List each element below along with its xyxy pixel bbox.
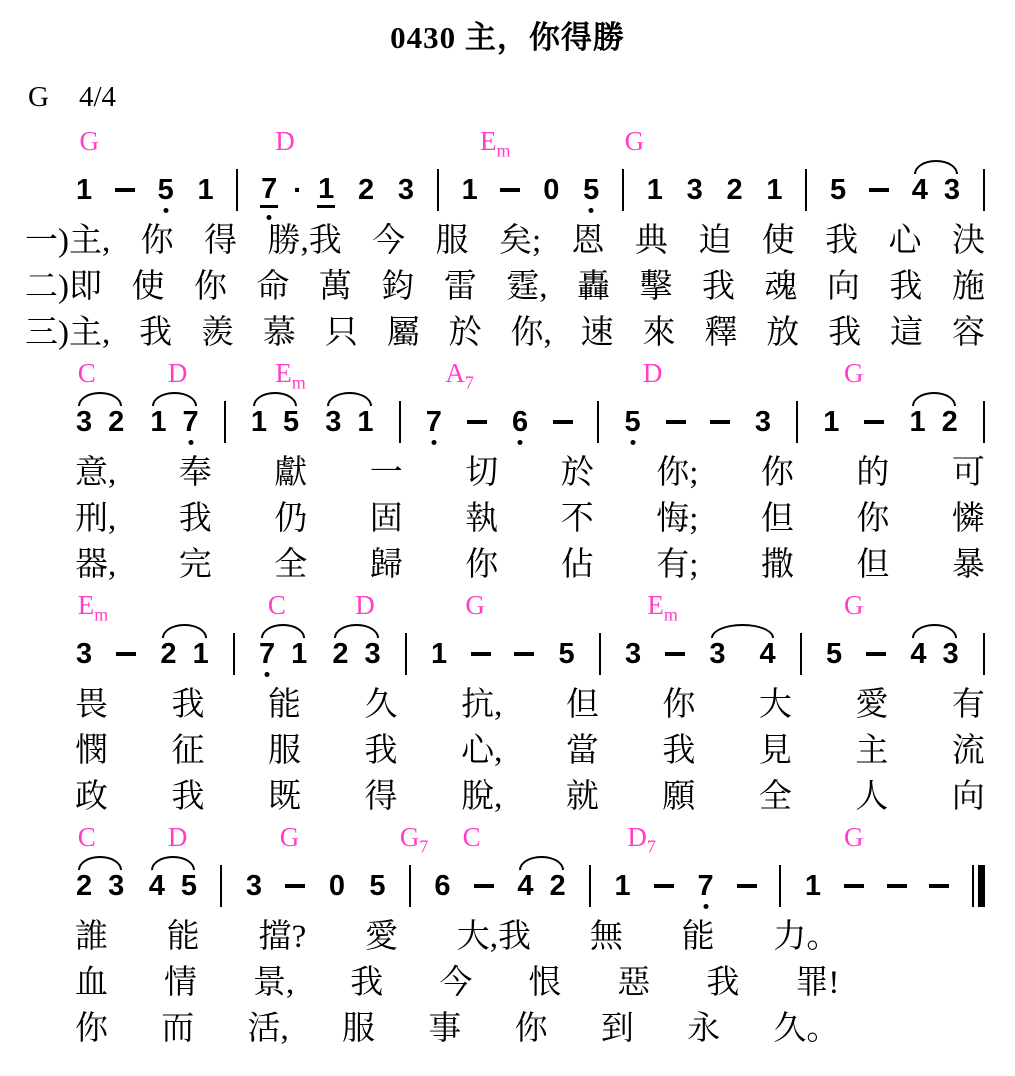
note-digit: 3 — [107, 870, 125, 902]
note-digit: 1 — [317, 173, 335, 208]
lyric-syllable: 你 — [75, 1002, 108, 1049]
barline — [622, 169, 624, 211]
lyric-syllable: 而 — [161, 1002, 194, 1049]
lyric-syllable: 器, — [75, 538, 116, 585]
lyrics-line-1: 畏我能久抗,但你大愛有 — [75, 678, 985, 724]
chord-root: E — [647, 590, 664, 620]
note: 2 — [331, 638, 349, 670]
note-digit: 6 — [511, 406, 529, 438]
lyric-syllable: 但 — [566, 678, 599, 725]
note: 2 — [159, 638, 177, 670]
note-digit: 3 — [754, 406, 772, 438]
lyric-syllable: 我 — [702, 260, 735, 307]
lyric-syllable: 無 — [590, 910, 623, 957]
note: 1 — [822, 406, 840, 438]
note-digit: 3 — [624, 638, 642, 670]
lyric-syllable: 力。 — [773, 910, 839, 957]
note: 1 — [909, 406, 927, 438]
barline — [597, 401, 599, 443]
lyric-syllable: 情 — [164, 956, 197, 1003]
note-digit: 5 — [282, 406, 300, 438]
lyrics-line-2: 二)即使你命萬鈞雷霆,轟擊我魂向我施 — [25, 260, 985, 306]
lyric-syllable: 征 — [172, 724, 205, 771]
dash-note — [116, 652, 136, 656]
lyric-syllable: 你 — [194, 260, 227, 307]
lyric-syllable: 命 — [256, 260, 289, 307]
lyric-syllable: 心 — [889, 214, 922, 261]
chord-label: D — [275, 126, 295, 156]
note-digit: 2 — [75, 870, 93, 902]
note-digit: 5 — [368, 870, 386, 902]
note-digit: 1 — [75, 174, 93, 206]
lyric-syllable: 我 — [889, 260, 922, 307]
note: 3 — [942, 638, 960, 670]
note-digit: 1 — [250, 406, 268, 438]
note: 7 — [258, 638, 276, 670]
note-digit: 7 — [696, 870, 714, 902]
lyrics-line-1: 誰能擋?愛大,我無能力。 — [75, 910, 839, 956]
lyric-syllable: 轟 — [577, 260, 610, 307]
lyric-syllable: 脫, — [461, 770, 502, 817]
lyric-syllable: 歸 — [370, 538, 403, 585]
chord-label: G — [625, 126, 645, 156]
lyric-syllable: 可 — [952, 446, 985, 493]
dash-note — [710, 420, 730, 424]
note: 2 — [107, 406, 125, 438]
lyric-syllable: 刑, — [75, 492, 116, 539]
lyric-syllable: 切 — [465, 446, 498, 493]
lyric-syllable: 政 — [75, 770, 108, 817]
note: 3 — [943, 174, 961, 206]
lyric-syllable: 得 — [365, 770, 398, 817]
slur-group: 71 — [258, 638, 308, 670]
note-digit: 7 — [258, 638, 276, 670]
note: 1 — [250, 406, 268, 438]
lyric-syllable: 三)主, — [25, 306, 110, 353]
note: 1 — [197, 174, 215, 206]
lyric-syllable: 完 — [179, 538, 212, 585]
score-body: GDEmG1517·1231051321543一)主,你得勝,我今服矣;恩典迫使… — [75, 126, 985, 1048]
time-signature: 4/4 — [79, 81, 116, 113]
lyric-syllable: 能 — [167, 910, 200, 957]
lyric-syllable: 使 — [131, 260, 164, 307]
note: 1 — [613, 870, 631, 902]
chord-root: G — [844, 590, 864, 620]
augmentation-dot: · — [293, 174, 302, 206]
note: 1 — [461, 174, 479, 206]
note-digit: 6 — [433, 870, 451, 902]
lyric-syllable: 我 — [172, 770, 205, 817]
note: 2 — [75, 870, 93, 902]
lyric-syllable: 憫 — [75, 724, 108, 771]
lyric-syllable: 只 — [325, 306, 358, 353]
lyric-syllable: 我 — [179, 492, 212, 539]
lyric-syllable: 你, — [510, 306, 551, 353]
lyrics-line-3: 你而活,服事你到永久。 — [75, 1002, 839, 1048]
note-digit: 4 — [911, 174, 929, 206]
lyric-syllable: 大 — [759, 678, 792, 725]
note-digit: 2 — [107, 406, 125, 438]
note-digit: 3 — [364, 638, 382, 670]
lyric-syllable: 你 — [662, 678, 695, 725]
barline — [983, 401, 985, 443]
dash-note — [864, 420, 884, 424]
note: 5 — [368, 870, 386, 902]
lyric-syllable: 你 — [856, 492, 889, 539]
note: 1 — [646, 174, 664, 206]
chord-label: D — [355, 590, 375, 620]
note-digit: 1 — [646, 174, 664, 206]
note-digit: 1 — [613, 870, 631, 902]
lyric-syllable: 典 — [635, 214, 668, 261]
lyric-syllable: 於 — [561, 446, 594, 493]
lyric-syllable: 一 — [370, 446, 403, 493]
lyric-syllable: 暴 — [952, 538, 985, 585]
note: 2 — [941, 406, 959, 438]
chord-label: G — [844, 358, 864, 388]
chord-label: Em — [275, 358, 306, 388]
chord-root: G — [280, 822, 300, 852]
barline — [405, 633, 407, 675]
chord-root: D — [275, 126, 295, 156]
lyric-syllable: 迫 — [698, 214, 731, 261]
note: 7 — [696, 870, 714, 902]
lyric-syllable: 勝,我 — [267, 214, 341, 261]
chord-root: C — [463, 822, 481, 852]
note: 2 — [548, 870, 566, 902]
chord-label: C — [78, 822, 96, 852]
chord-row: CDEmA7DG — [75, 358, 985, 388]
lyric-syllable: 恩 — [572, 214, 605, 261]
lyric-syllable: 魂 — [764, 260, 797, 307]
system-3: EmCDGEmG321712315334543畏我能久抗,但你大愛有憫征服我心,… — [75, 590, 985, 816]
slur-group: 17 — [149, 406, 199, 438]
chord-root: E — [480, 126, 497, 156]
header: 0430 主，你得勝 — [0, 0, 1015, 57]
barline — [983, 169, 985, 211]
final-barline-thin — [972, 865, 974, 907]
lyric-syllable: 意, — [75, 446, 116, 493]
notation-line: 321712315334543 — [75, 620, 985, 678]
key-letter: G — [28, 81, 49, 113]
system-2: CDEmA7DG321715317653112意,奉獻一切於你;你的可刑,我仍固… — [75, 358, 985, 584]
lyric-syllable: 心, — [461, 724, 502, 771]
note: 0 — [328, 870, 346, 902]
lyric-syllable: 霆, — [506, 260, 547, 307]
chord-label: G7 — [400, 822, 429, 852]
note: 5 — [623, 406, 641, 438]
note-digit: 1 — [461, 174, 479, 206]
note-digit: 5 — [157, 174, 175, 206]
lyric-syllable: 佔 — [561, 538, 594, 585]
lyric-syllable: 你; — [656, 446, 698, 493]
note-digit: 3 — [708, 638, 726, 670]
slur-group: 34 — [708, 638, 776, 670]
note: 5 — [558, 638, 576, 670]
note-digit: 2 — [726, 174, 744, 206]
lyric-syllable: 憐 — [952, 492, 985, 539]
lyric-syllable: 放 — [766, 306, 799, 353]
lyric-syllable: 景, — [253, 956, 294, 1003]
chord-label: G — [465, 590, 485, 620]
barline — [224, 401, 226, 443]
lyric-syllable: 獻 — [274, 446, 307, 493]
chord-subscript: 7 — [647, 836, 656, 856]
chord-root: D — [168, 822, 188, 852]
note-digit: 7 — [425, 406, 443, 438]
chord-subscript: m — [292, 372, 306, 392]
lyric-syllable: 向 — [827, 260, 860, 307]
chord-root: D — [168, 358, 188, 388]
chord-label: Em — [480, 126, 511, 156]
note: 4 — [759, 638, 777, 670]
lyric-syllable: 我 — [706, 956, 739, 1003]
note-digit: 5 — [180, 870, 198, 902]
lyric-syllable: 就 — [566, 770, 599, 817]
chord-label: D — [168, 822, 188, 852]
lyrics-line-3: 器,完全歸你佔有;撒但暴 — [75, 538, 985, 584]
lyrics-line-2: 刑,我仍固執不悔;但你憐 — [75, 492, 985, 538]
note: 3 — [75, 406, 93, 438]
chord-label: C — [268, 590, 286, 620]
dash-note — [474, 884, 494, 888]
lyric-syllable: 主 — [855, 724, 888, 771]
dash-note — [929, 884, 949, 888]
note-digit: 3 — [75, 406, 93, 438]
note: 5 — [825, 638, 843, 670]
note-digit: 1 — [822, 406, 840, 438]
dash-note — [737, 884, 757, 888]
lyric-syllable: 不 — [561, 492, 594, 539]
note: 1 — [192, 638, 210, 670]
lyric-syllable: 有 — [952, 678, 985, 725]
note: 1 — [804, 870, 822, 902]
note-digit: 7 — [182, 406, 200, 438]
lyric-syllable: 容 — [952, 306, 985, 353]
note-digit: 3 — [943, 174, 961, 206]
lyric-syllable: 人 — [855, 770, 888, 817]
lyric-syllable: 但 — [761, 492, 794, 539]
chord-root: E — [78, 590, 95, 620]
note-digit: 0 — [328, 870, 346, 902]
lyric-syllable: 矣; — [499, 214, 541, 261]
note: 2 — [726, 174, 744, 206]
note: 3 — [107, 870, 125, 902]
note: 7 — [182, 406, 200, 438]
slur-group: 45 — [148, 870, 198, 902]
lyric-syllable: 服 — [268, 724, 301, 771]
slur-group: 15 — [250, 406, 300, 438]
lyric-syllable: 撒 — [761, 538, 794, 585]
dash-note — [467, 420, 487, 424]
note-digit: 1 — [197, 174, 215, 206]
lyrics-line-3: 政我既得脫,就願全人向 — [75, 770, 985, 816]
chord-label: D7 — [627, 822, 656, 852]
note: 5 — [282, 406, 300, 438]
dash-note — [866, 652, 886, 656]
barline — [589, 865, 591, 907]
note-digit: 5 — [825, 638, 843, 670]
chord-label: D — [168, 358, 188, 388]
dash-note — [115, 188, 135, 192]
lyric-syllable: 釋 — [704, 306, 737, 353]
note-digit: 1 — [804, 870, 822, 902]
lyric-syllable: 今 — [439, 956, 472, 1003]
lyric-syllable: 既 — [268, 770, 301, 817]
sheet-music-page: { "page": { "background_color": "#ffffff… — [0, 0, 1015, 1076]
chord-root: G — [844, 822, 864, 852]
lyric-syllable: 你 — [761, 446, 794, 493]
note-digit: 4 — [148, 870, 166, 902]
lyric-syllable: 我 — [662, 724, 695, 771]
chord-row: GDEmG — [75, 126, 985, 156]
lyric-syllable: 全 — [759, 770, 792, 817]
lyric-syllable: 但 — [856, 538, 889, 585]
note: 1 — [317, 173, 335, 208]
note-digit: 3 — [942, 638, 960, 670]
chord-root: D — [355, 590, 375, 620]
note-digit: 5 — [623, 406, 641, 438]
note: 5 — [157, 174, 175, 206]
lyric-syllable: 仍 — [274, 492, 307, 539]
lyric-syllable: 奉 — [179, 446, 212, 493]
lyric-syllable: 事 — [428, 1002, 461, 1049]
note: 1 — [430, 638, 448, 670]
note-digit: 1 — [765, 174, 783, 206]
barline — [399, 401, 401, 443]
chord-root: G — [844, 358, 864, 388]
lyric-syllable: 得 — [204, 214, 237, 261]
lyric-syllable: 二)即 — [25, 260, 102, 307]
final-barline-thick — [978, 865, 985, 907]
note-digit: 5 — [558, 638, 576, 670]
barline — [409, 865, 411, 907]
chord-label: G — [280, 822, 300, 852]
barline — [599, 633, 601, 675]
note: 3 — [754, 406, 772, 438]
note-digit: 4 — [759, 638, 777, 670]
lyric-syllable: 久 — [365, 678, 398, 725]
lyric-syllable: 流 — [952, 724, 985, 771]
chord-label: G — [844, 590, 864, 620]
note: 6 — [511, 406, 529, 438]
lyric-syllable: 我 — [172, 678, 205, 725]
note: 3 — [324, 406, 342, 438]
lyric-syllable: 我 — [828, 306, 861, 353]
system-1: GDEmG1517·1231051321543一)主,你得勝,我今服矣;恩典迫使… — [75, 126, 985, 352]
barline — [236, 169, 238, 211]
barline — [220, 865, 222, 907]
note: 7 — [425, 406, 443, 438]
chord-root: D — [627, 822, 647, 852]
lyric-syllable: 誰 — [75, 910, 108, 957]
lyrics-line-2: 憫征服我心,當我見主流 — [75, 724, 985, 770]
note: 0 — [542, 174, 560, 206]
dash-note — [666, 420, 686, 424]
dash-note — [471, 652, 491, 656]
note: 1 — [149, 406, 167, 438]
note-digit: 3 — [245, 870, 263, 902]
barline — [800, 633, 802, 675]
lyric-syllable: 萬 — [319, 260, 352, 307]
chord-root: G — [625, 126, 645, 156]
lyric-syllable: 施 — [952, 260, 985, 307]
lyrics-line-3: 三)主,我羨慕只屬於你,速來釋放我這容 — [25, 306, 985, 352]
slur-group: 23 — [75, 870, 125, 902]
lyric-syllable: 慕 — [263, 306, 296, 353]
note: 2 — [357, 174, 375, 206]
chord-row: EmCDGEmG — [75, 590, 985, 620]
lyric-syllable: 執 — [465, 492, 498, 539]
barline — [779, 865, 781, 907]
note: 1 — [290, 638, 308, 670]
note-digit: 3 — [75, 638, 93, 670]
note-digit: 3 — [324, 406, 342, 438]
lyric-syllable: 你 — [515, 1002, 548, 1049]
song-title: 0430 主，你得勝 — [0, 12, 1015, 57]
note: 3 — [397, 174, 415, 206]
chord-label: A7 — [445, 358, 474, 388]
note: 6 — [433, 870, 451, 902]
note-digit: 1 — [909, 406, 927, 438]
slur-group: 31 — [324, 406, 374, 438]
lyric-syllable: 永 — [687, 1002, 720, 1049]
slur-group: 42 — [516, 870, 566, 902]
lyric-syllable: 我 — [139, 306, 172, 353]
final-barline — [972, 865, 985, 907]
dash-note — [887, 884, 907, 888]
lyric-syllable: 這 — [890, 306, 923, 353]
slur-group: 23 — [331, 638, 381, 670]
lyric-syllable: 大,我 — [457, 910, 531, 957]
key-signature: G4/4 — [28, 81, 1015, 114]
lyric-syllable: 我 — [350, 956, 383, 1003]
dash-note — [500, 188, 520, 192]
note: 7 — [260, 173, 278, 208]
lyric-syllable: 你 — [141, 214, 174, 261]
chord-label: Em — [78, 590, 109, 620]
note: 4 — [911, 174, 929, 206]
lyric-syllable: 於 — [449, 306, 482, 353]
lyric-syllable: 能 — [268, 678, 301, 725]
note-digit: 1 — [430, 638, 448, 670]
chord-subscript: m — [664, 604, 678, 624]
note: 5 — [582, 174, 600, 206]
note-digit: 3 — [397, 174, 415, 206]
note: 3 — [708, 638, 726, 670]
note-digit: 3 — [686, 174, 704, 206]
system-4: CDGG7CD7G2345305642171誰能擋?愛大,我無能力。血情景,我今… — [75, 822, 985, 1048]
lyric-syllable: 全 — [274, 538, 307, 585]
lyric-syllable: 屬 — [387, 306, 420, 353]
dash-note — [654, 884, 674, 888]
lyric-syllable: 惡 — [617, 956, 650, 1003]
lyric-syllable: 鈞 — [381, 260, 414, 307]
lyric-syllable: 愛 — [365, 910, 398, 957]
lyric-syllable: 擊 — [639, 260, 672, 307]
lyric-syllable: 雷 — [444, 260, 477, 307]
slur-group: 12 — [909, 406, 959, 438]
note: 4 — [148, 870, 166, 902]
lyric-syllable: 服 — [436, 214, 469, 261]
barline — [796, 401, 798, 443]
notation-line: 2345305642171 — [75, 852, 985, 910]
lyric-syllable: 能 — [682, 910, 715, 957]
note-digit: 5 — [829, 174, 847, 206]
lyric-syllable: 決 — [952, 214, 985, 261]
slur-group: 43 — [911, 174, 961, 206]
chord-subscript: 7 — [419, 836, 428, 856]
